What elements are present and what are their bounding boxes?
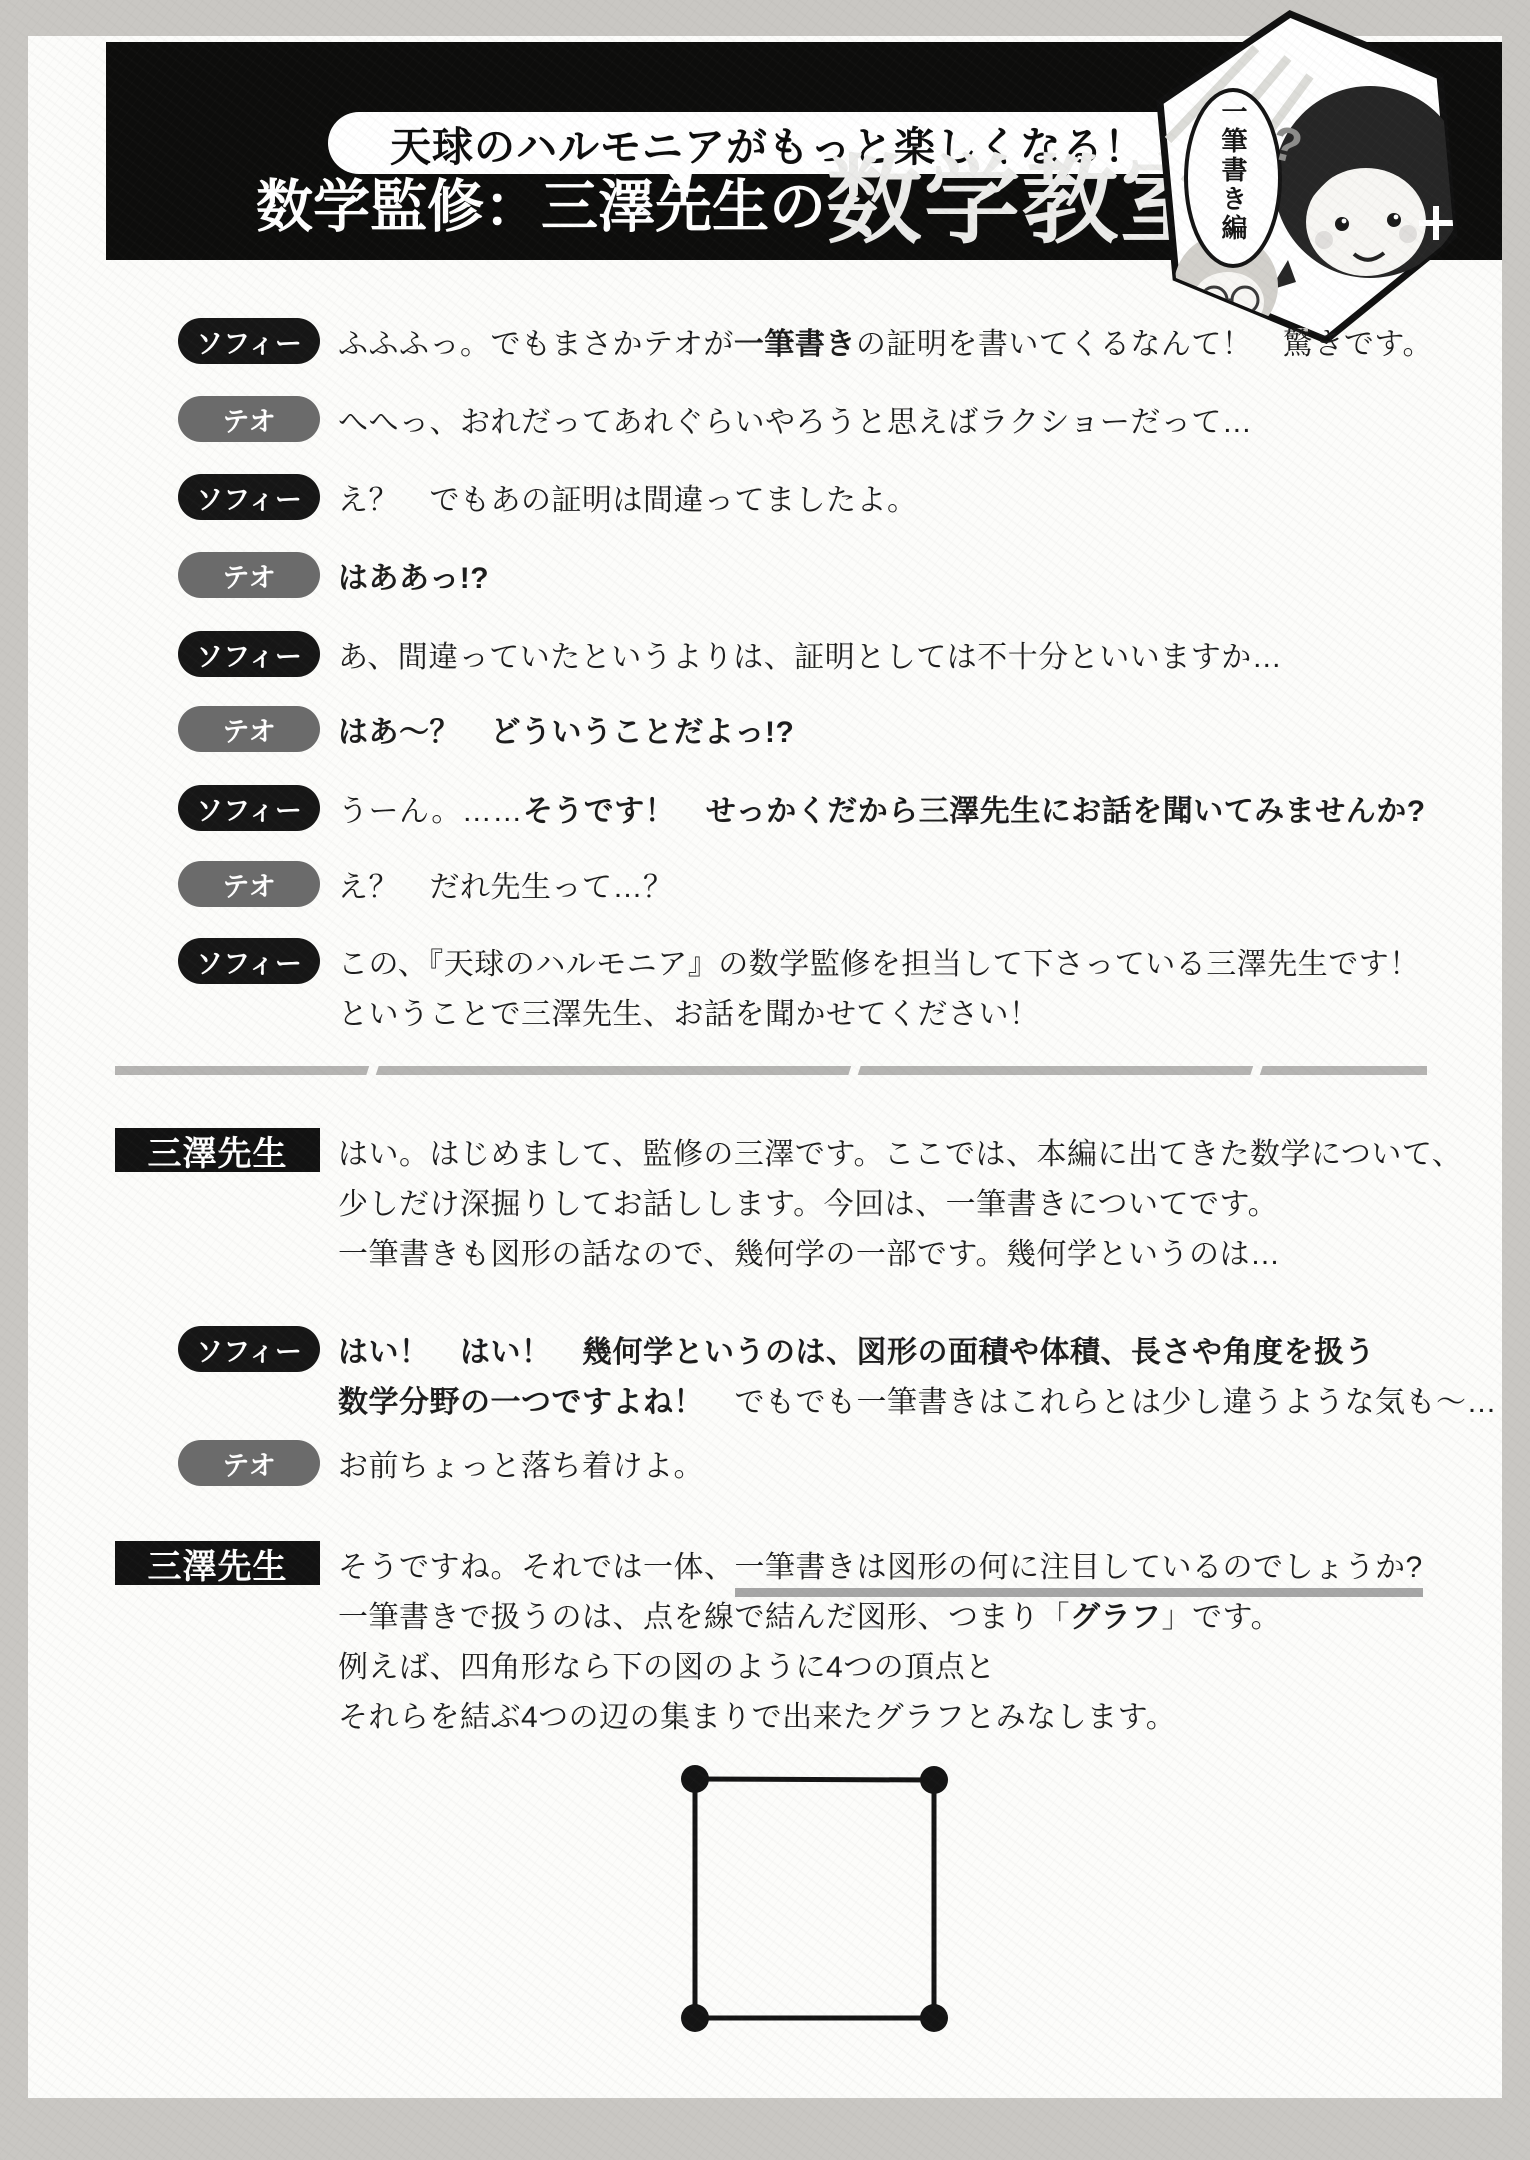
speaker-badge-sophie: ソフィー [178,938,320,984]
section-divider [115,1066,1427,1075]
underlined-question: 一筆書きは図形の何に注目しているのでしょうか? [735,1551,1423,1597]
dialogue-row-6: テオ はあ～？ どういうことだよっ!? [115,708,794,758]
dialogue-row-5: ソフィー あ、間違っていたというよりは、証明としては不十分といいますか… [115,633,1282,683]
title-particle: の [769,179,826,252]
dialogue-text: うーん。……そうです！ せっかくだから三澤先生にお話を聞いてみませんか? [338,787,1426,837]
eye-glint [1342,219,1347,224]
speaker-badge-theo: テオ [178,552,320,598]
dialogue-text: はああっ!? [338,554,489,604]
graph-vertex-bottom-left [681,2004,709,2032]
dialogue-row-3: ソフィー え？ でもあの証明は間違ってましたよ。 [115,476,918,526]
dialogue-row-4: テオ はああっ!? [115,554,489,604]
graph-figure [660,1744,972,2056]
speaker-badge-misawa: 三澤先生 [115,1128,320,1172]
dialogue-text: あ、間違っていたというよりは、証明としては不十分といいますか… [338,633,1282,683]
sophie-eye-right [1387,213,1401,227]
graph-vertex-top-right [920,1766,948,1794]
graph-vertex-top-left [681,1765,709,1793]
speaker-badge-sophie: ソフィー [178,318,320,364]
dialogue-row-10: 三澤先生 はい。はじめまして、監修の三澤です。ここでは、本編に出てきた数学につい… [115,1130,1462,1280]
dialogue-row-2: テオ へへっ、おれだってあれぐらいやろうと思えばラクショーだって… [115,398,1252,448]
graph-vertex-bottom-right [920,2004,948,2032]
sophie-blush-left [1315,231,1333,249]
sophie-blush-right [1399,225,1417,243]
speaker-badge-sophie: ソフィー [178,631,320,677]
dialogue-row-13: 三澤先生 そうですね。それでは一体、一筆書きは図形の何に注目しているのでしょうか… [115,1543,1423,1743]
speaker-badge-theo: テオ [178,396,320,442]
speaker-badge-sophie: ソフィー [178,785,320,831]
speaker-badge-theo: テオ [178,861,320,907]
dialogue-text: はあ～？ どういうことだよっ!? [338,708,794,758]
teacher-name: み さわ 三澤先生 [541,179,769,252]
dialogue-text: ふふふっ。でもまさかテオが一筆書きの証明を書いてくるなんて！ 驚きです。 [338,320,1433,370]
dialogue-row-7: ソフィー うーん。……そうです！ せっかくだから三澤先生にお話を聞いてみませんか… [115,787,1426,837]
dialogue-text: はい！ はい！ 幾何学というのは、図形の面積や体積、長さや角度を扱う 数学分野の… [338,1328,1497,1428]
dialogue-row-1: ソフィー ふふふっ。でもまさかテオが一筆書きの証明を書いてくるなんて！ 驚きです… [115,320,1433,370]
bubble-vertical-text: 一筆書き編 [1215,98,1252,278]
dialogue-row-8: テオ え？ だれ先生って…？ [115,863,674,913]
speaker-badge-theo: テオ [178,706,320,752]
dialogue-text: この、『天球のハルモニア』の数学監修を担当して下さっている三澤先生です！ という… [338,940,1420,1040]
dialogue-row-9: ソフィー この、『天球のハルモニア』の数学監修を担当して下さっている三澤先生です… [115,940,1420,1040]
dialogue-text: はい。はじめまして、監修の三澤です。ここでは、本編に出てきた数学について、 少し… [338,1130,1462,1280]
dialogue-text: お前ちょっと落ち着けよ。 [338,1442,704,1492]
dialogue-row-12: テオ お前ちょっと落ち着けよ。 [115,1442,704,1492]
manga-bonus-page: 天球のハルモニアがもっと楽しくなる！ 数学監修： み さわ 三澤先生 の 数学教… [0,0,1530,2160]
title-prefix: 数学監修： [256,179,541,252]
speaker-badge-sophie: ソフィー [178,474,320,520]
speaker-badge-misawa: 三澤先生 [115,1541,320,1585]
dialogue-row-11: ソフィー はい！ はい！ 幾何学というのは、図形の面積や体積、長さや角度を扱う … [115,1328,1497,1428]
sophie-eye-left [1335,217,1349,231]
page-title: 数学監修： み さわ 三澤先生 の 数学教室 [256,154,1218,252]
speaker-badge-theo: テオ [178,1440,320,1486]
dialogue-text: そうですね。それでは一体、一筆書きは図形の何に注目しているのでしょうか? 一筆書… [338,1543,1423,1743]
dialogue-text: え？ だれ先生って…？ [338,863,674,913]
speaker-badge-sophie: ソフィー [178,1326,320,1372]
dialogue-text: え？ でもあの証明は間違ってましたよ。 [338,476,918,526]
dialogue-text: へへっ、おれだってあれぐらいやろうと思えばラクショーだって… [338,398,1252,448]
teacher-furigana: み さわ [606,157,704,177]
graph-edge-top [695,1779,934,1780]
manga-illustration [1138,10,1472,344]
eye-glint [1394,215,1399,220]
